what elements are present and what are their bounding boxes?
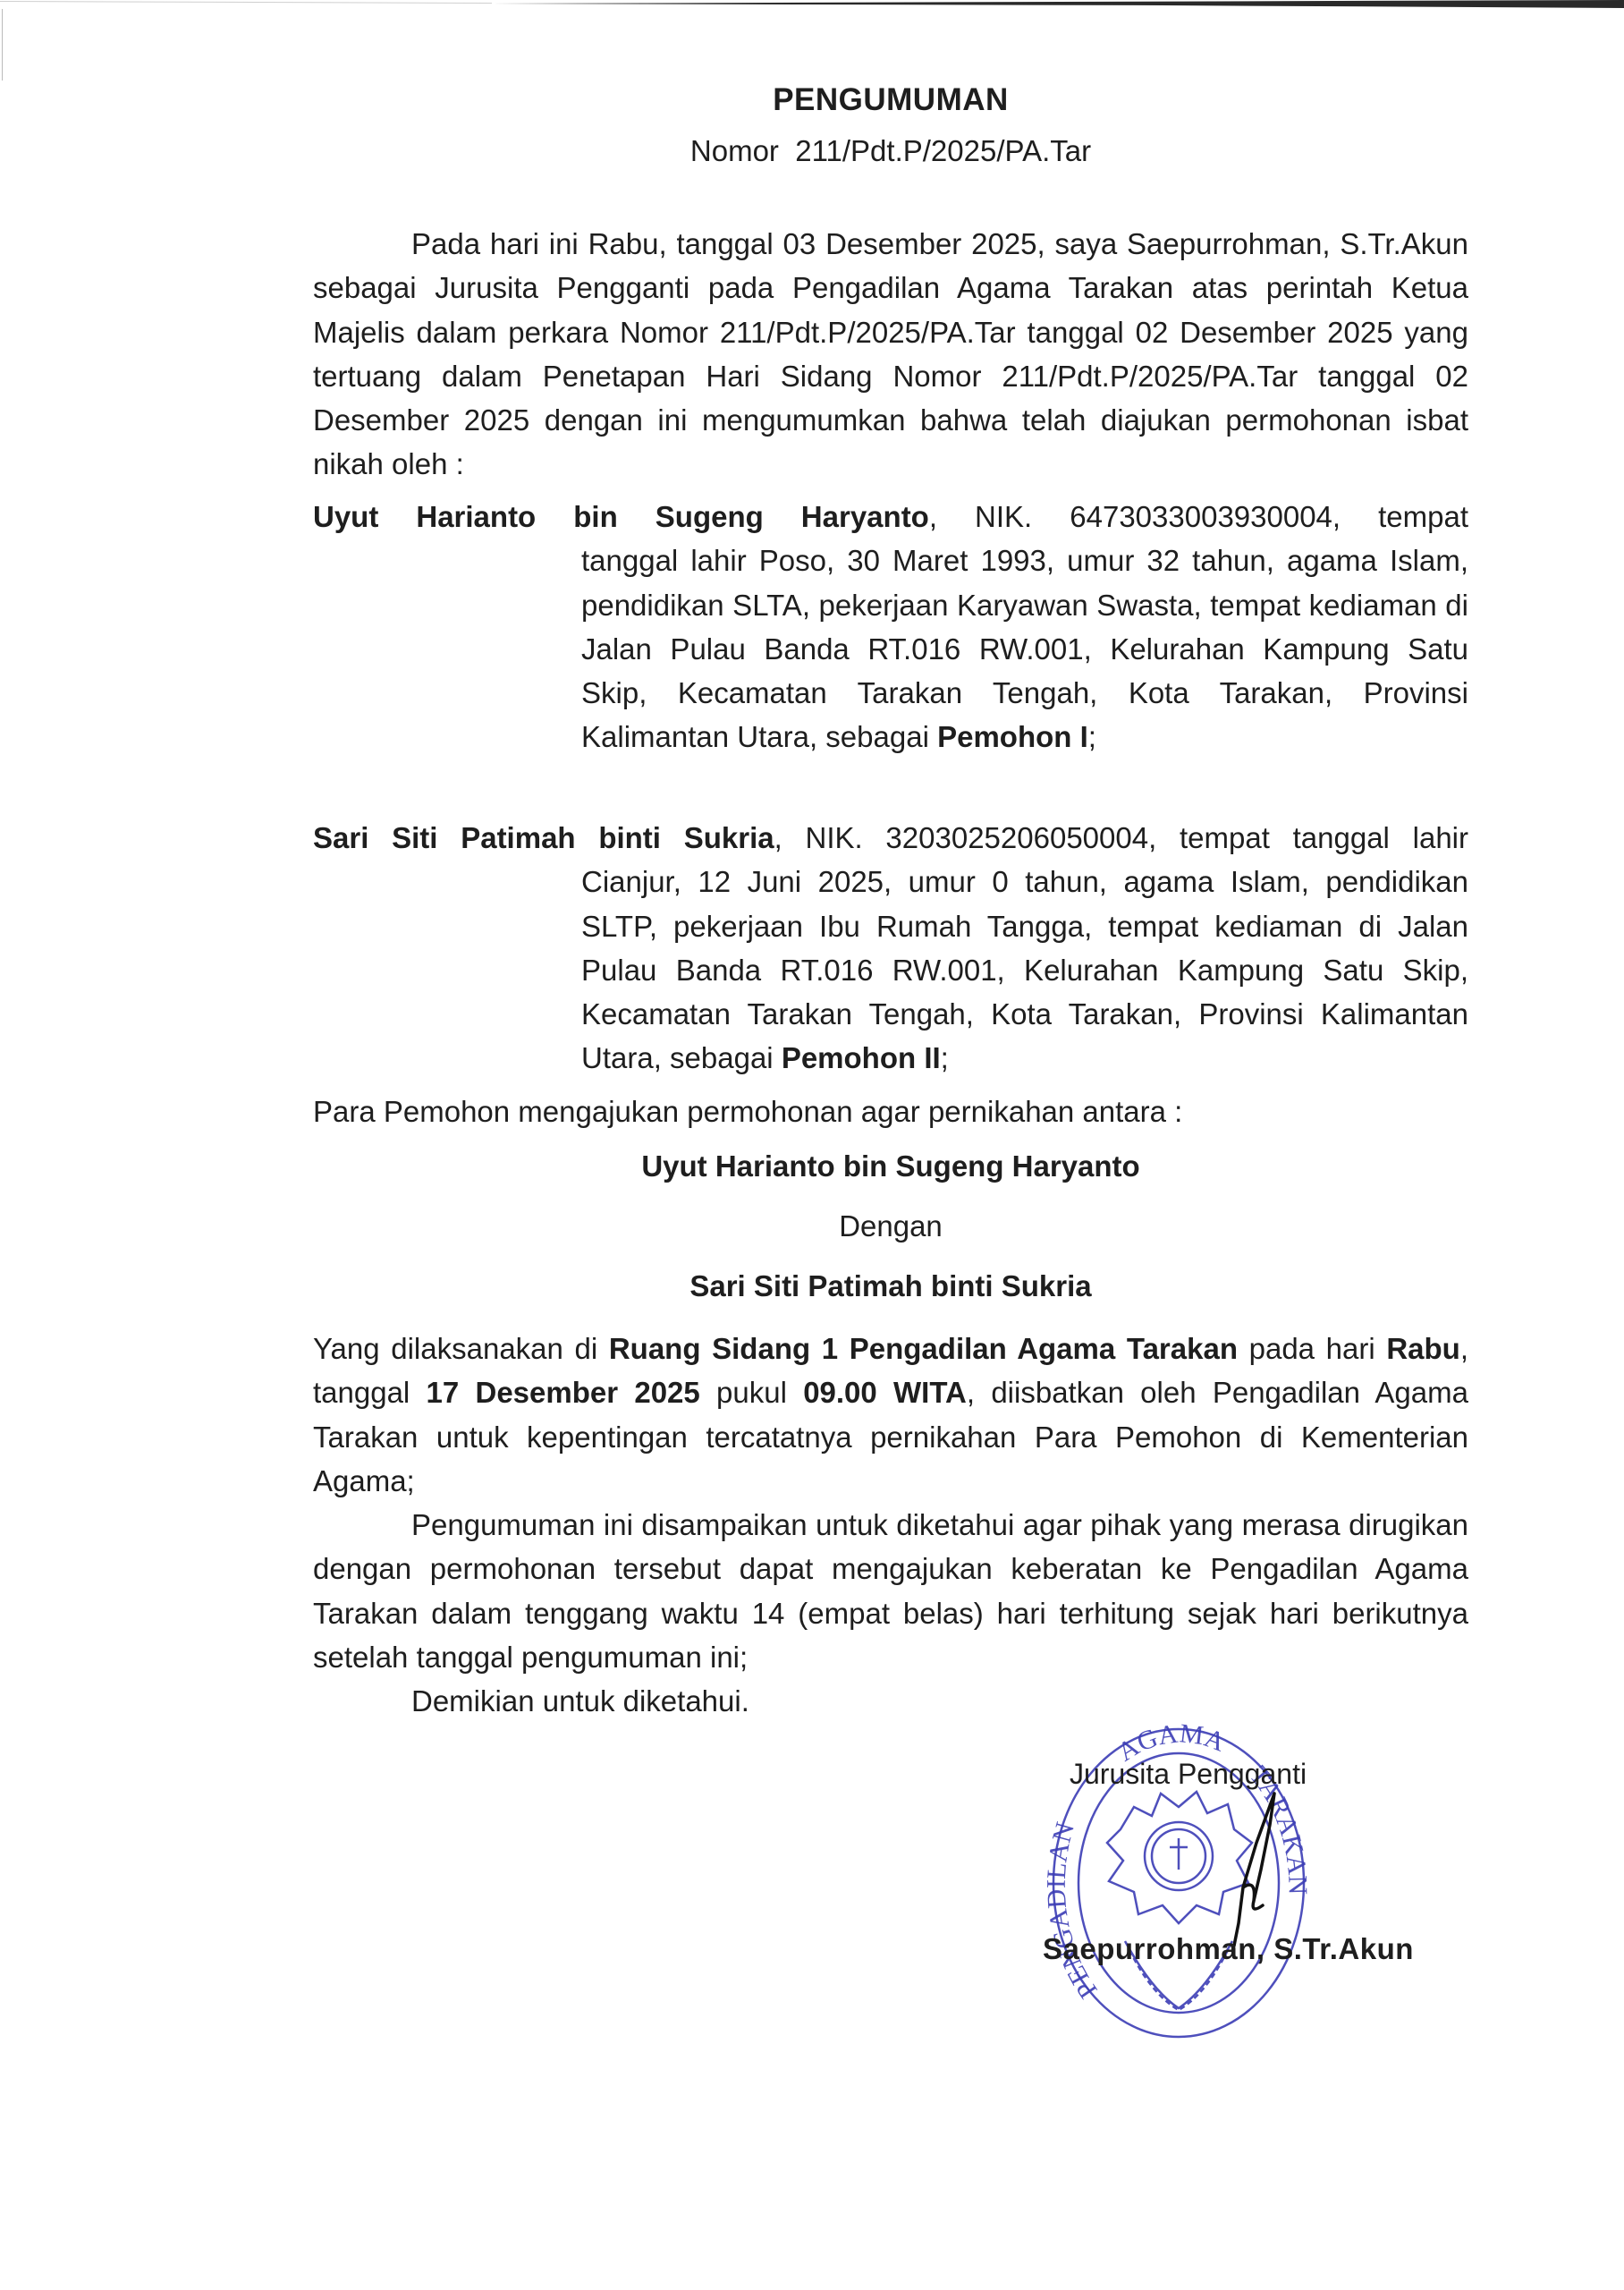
hearing-date: 17 Desember 2025 bbox=[427, 1376, 700, 1409]
groom-name: Uyut Harianto bin Sugeng Haryanto bbox=[313, 1149, 1468, 1183]
applicant-1: Uyut Harianto bin Sugeng Haryanto, NIK. … bbox=[313, 495, 1468, 759]
signatory-name: Saepurrohman, S.Tr.Akun bbox=[1043, 1932, 1414, 1966]
applicant-2: Sari Siti Patimah binti Sukria, NIK. 320… bbox=[313, 816, 1468, 1081]
closing-line: Demikian untuk diketahui. bbox=[313, 1679, 1468, 1723]
connector: Dengan bbox=[313, 1209, 1468, 1243]
applicant-1-name: Uyut Harianto bin Sugeng Haryanto bbox=[313, 500, 929, 533]
hearing-paragraph: Yang dilaksanakan di Ruang Sidang 1 Peng… bbox=[313, 1327, 1468, 1503]
objection-paragraph: Pengumuman ini disampaikan untuk diketah… bbox=[313, 1503, 1468, 1679]
handwritten-signature-icon bbox=[1207, 1789, 1315, 1950]
applicant-1-role: Pemohon I bbox=[937, 720, 1088, 753]
hearing-time: 09.00 WITA bbox=[803, 1376, 967, 1409]
applicant-2-role: Pemohon II bbox=[782, 1041, 941, 1074]
document-number: Nomor 211/Pdt.P/2025/PA.Tar bbox=[313, 134, 1468, 168]
bride-name: Sari Siti Patimah binti Sukria bbox=[313, 1269, 1468, 1303]
svg-text:PENGADILAN: PENGADILAN bbox=[1045, 1819, 1104, 2004]
hearing-venue: Ruang Sidang 1 Pengadilan Agama Tarakan bbox=[609, 1332, 1238, 1365]
signatory-title: Jurusita Pengganti bbox=[1070, 1758, 1307, 1791]
scan-edge-shadow bbox=[0, 0, 1624, 9]
opening-paragraph: Pada hari ini Rabu, tanggal 03 Desember … bbox=[313, 222, 1468, 487]
applicant-2-details: Cianjur, 12 Juni 2025, umur 0 tahun, aga… bbox=[581, 865, 1468, 1074]
document-title: PENGUMUMAN bbox=[313, 82, 1468, 118]
applicant-2-name: Sari Siti Patimah binti Sukria bbox=[313, 821, 774, 854]
hearing-day: Rabu bbox=[1386, 1332, 1460, 1365]
scan-edge-left bbox=[2, 9, 3, 81]
request-intro: Para Pemohon mengajukan permohonan agar … bbox=[313, 1090, 1468, 1133]
